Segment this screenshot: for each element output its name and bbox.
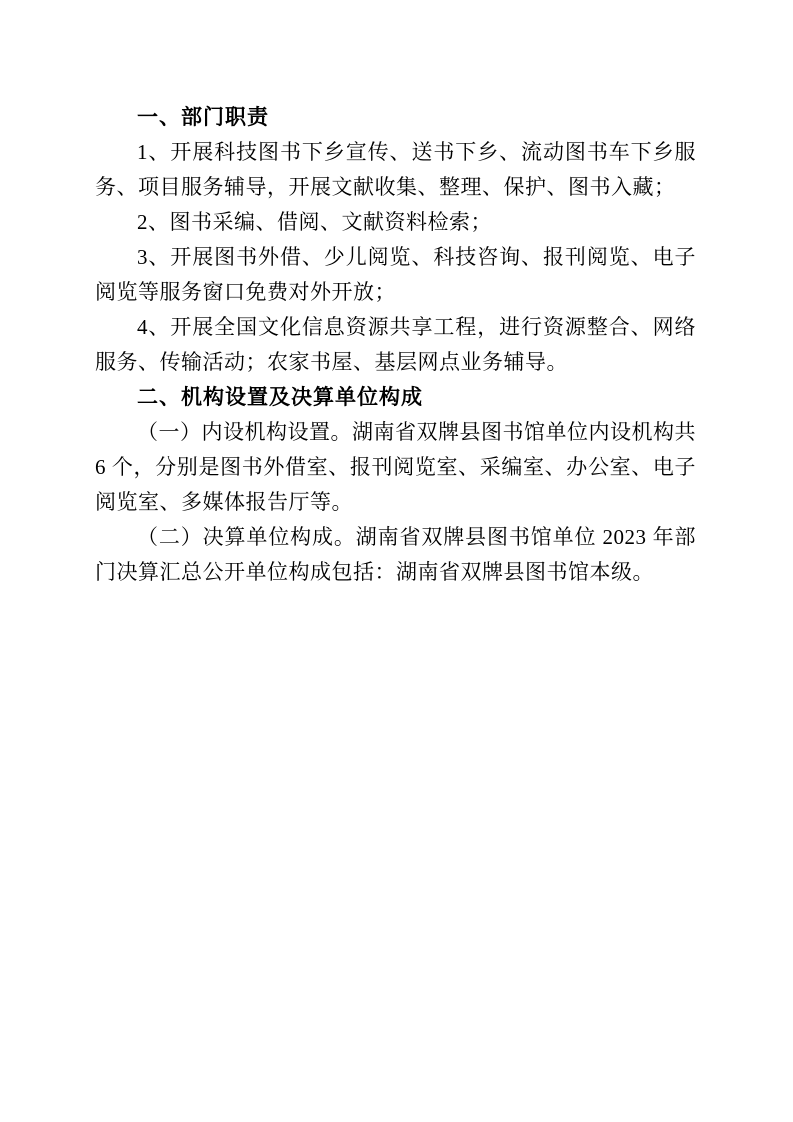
paragraph-duty-3: 3、开展图书外借、少儿阅览、科技咨询、报刊阅览、电子阅览等服务窗口免费对外开放； [95,240,696,310]
paragraph-duty-4: 4、开展全国文化信息资源共享工程，进行资源整合、网络服务、传输活动；农家书屋、基… [95,310,696,380]
paragraph-duty-2: 2、图书采编、借阅、文献资料检索； [95,205,696,240]
document-page: 一、部门职责 1、开展科技图书下乡宣传、送书下乡、流动图书车下乡服务、项目服务辅… [0,0,793,1122]
paragraph-internal-organization: （一）内设机构设置。湖南省双牌县图书馆单位内设机构共 6 个，分别是图书外借室、… [95,415,696,520]
paragraph-duty-1: 1、开展科技图书下乡宣传、送书下乡、流动图书车下乡服务、项目服务辅导，开展文献收… [95,135,696,205]
paragraph-budget-unit-composition: （二）决算单位构成。湖南省双牌县图书馆单位 2023 年部门决算汇总公开单位构成… [95,520,696,590]
section-heading-organization-structure: 二、机构设置及决算单位构成 [95,380,696,415]
document-body: 一、部门职责 1、开展科技图书下乡宣传、送书下乡、流动图书车下乡服务、项目服务辅… [95,100,696,590]
section-heading-department-duties: 一、部门职责 [95,100,696,135]
